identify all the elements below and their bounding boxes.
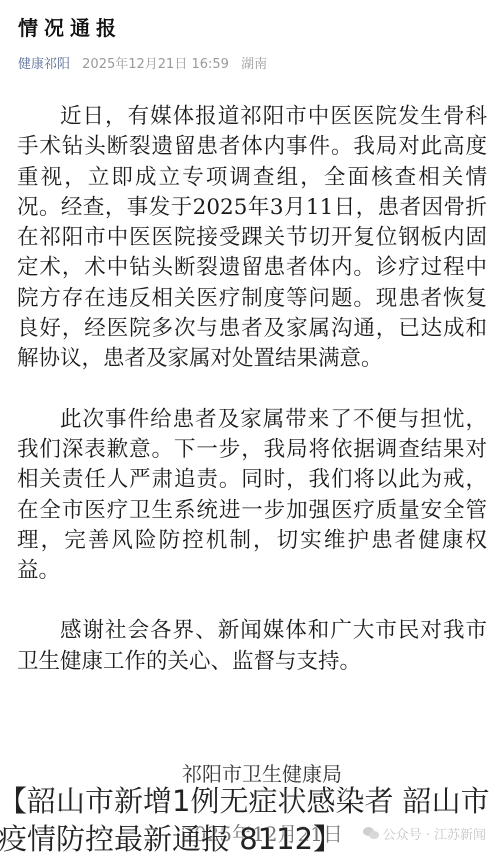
paragraph: 感谢社会各界、新闻媒体和广大市民对我市卫生健康工作的关心、监督与支持。 [17,616,487,677]
article-header: 情况通报 健康祁阳 2025年12月21日 16:59 湖南 [18,10,488,74]
publish-region: 湖南 [241,57,267,72]
paragraph: 近日，有媒体报道祁阳市中医医院发生骨科手术钻头断裂遗留患者体内事件。我局对此高度… [17,102,487,375]
article-body: 近日，有媒体报道祁阳市中医医院发生骨科手术钻头断裂遗留患者体内事件。我局对此高度… [17,102,487,707]
publish-time: 2025年12月21日 16:59 [82,57,229,72]
article-meta: 健康祁阳 2025年12月21日 16:59 湖南 [18,56,488,74]
paragraph: 此次事件给患者及家属带来了不便与担忧，我们深表歉意。下一步，我局将依据调查结果对… [17,405,487,587]
author-link[interactable]: 健康祁阳 [18,57,70,72]
overlay-caption: 【韶山市新增1例无症状感染者 韶山市疫情防控最新通报 8112】 [0,782,500,852]
article-title: 情况通报 [18,10,488,46]
